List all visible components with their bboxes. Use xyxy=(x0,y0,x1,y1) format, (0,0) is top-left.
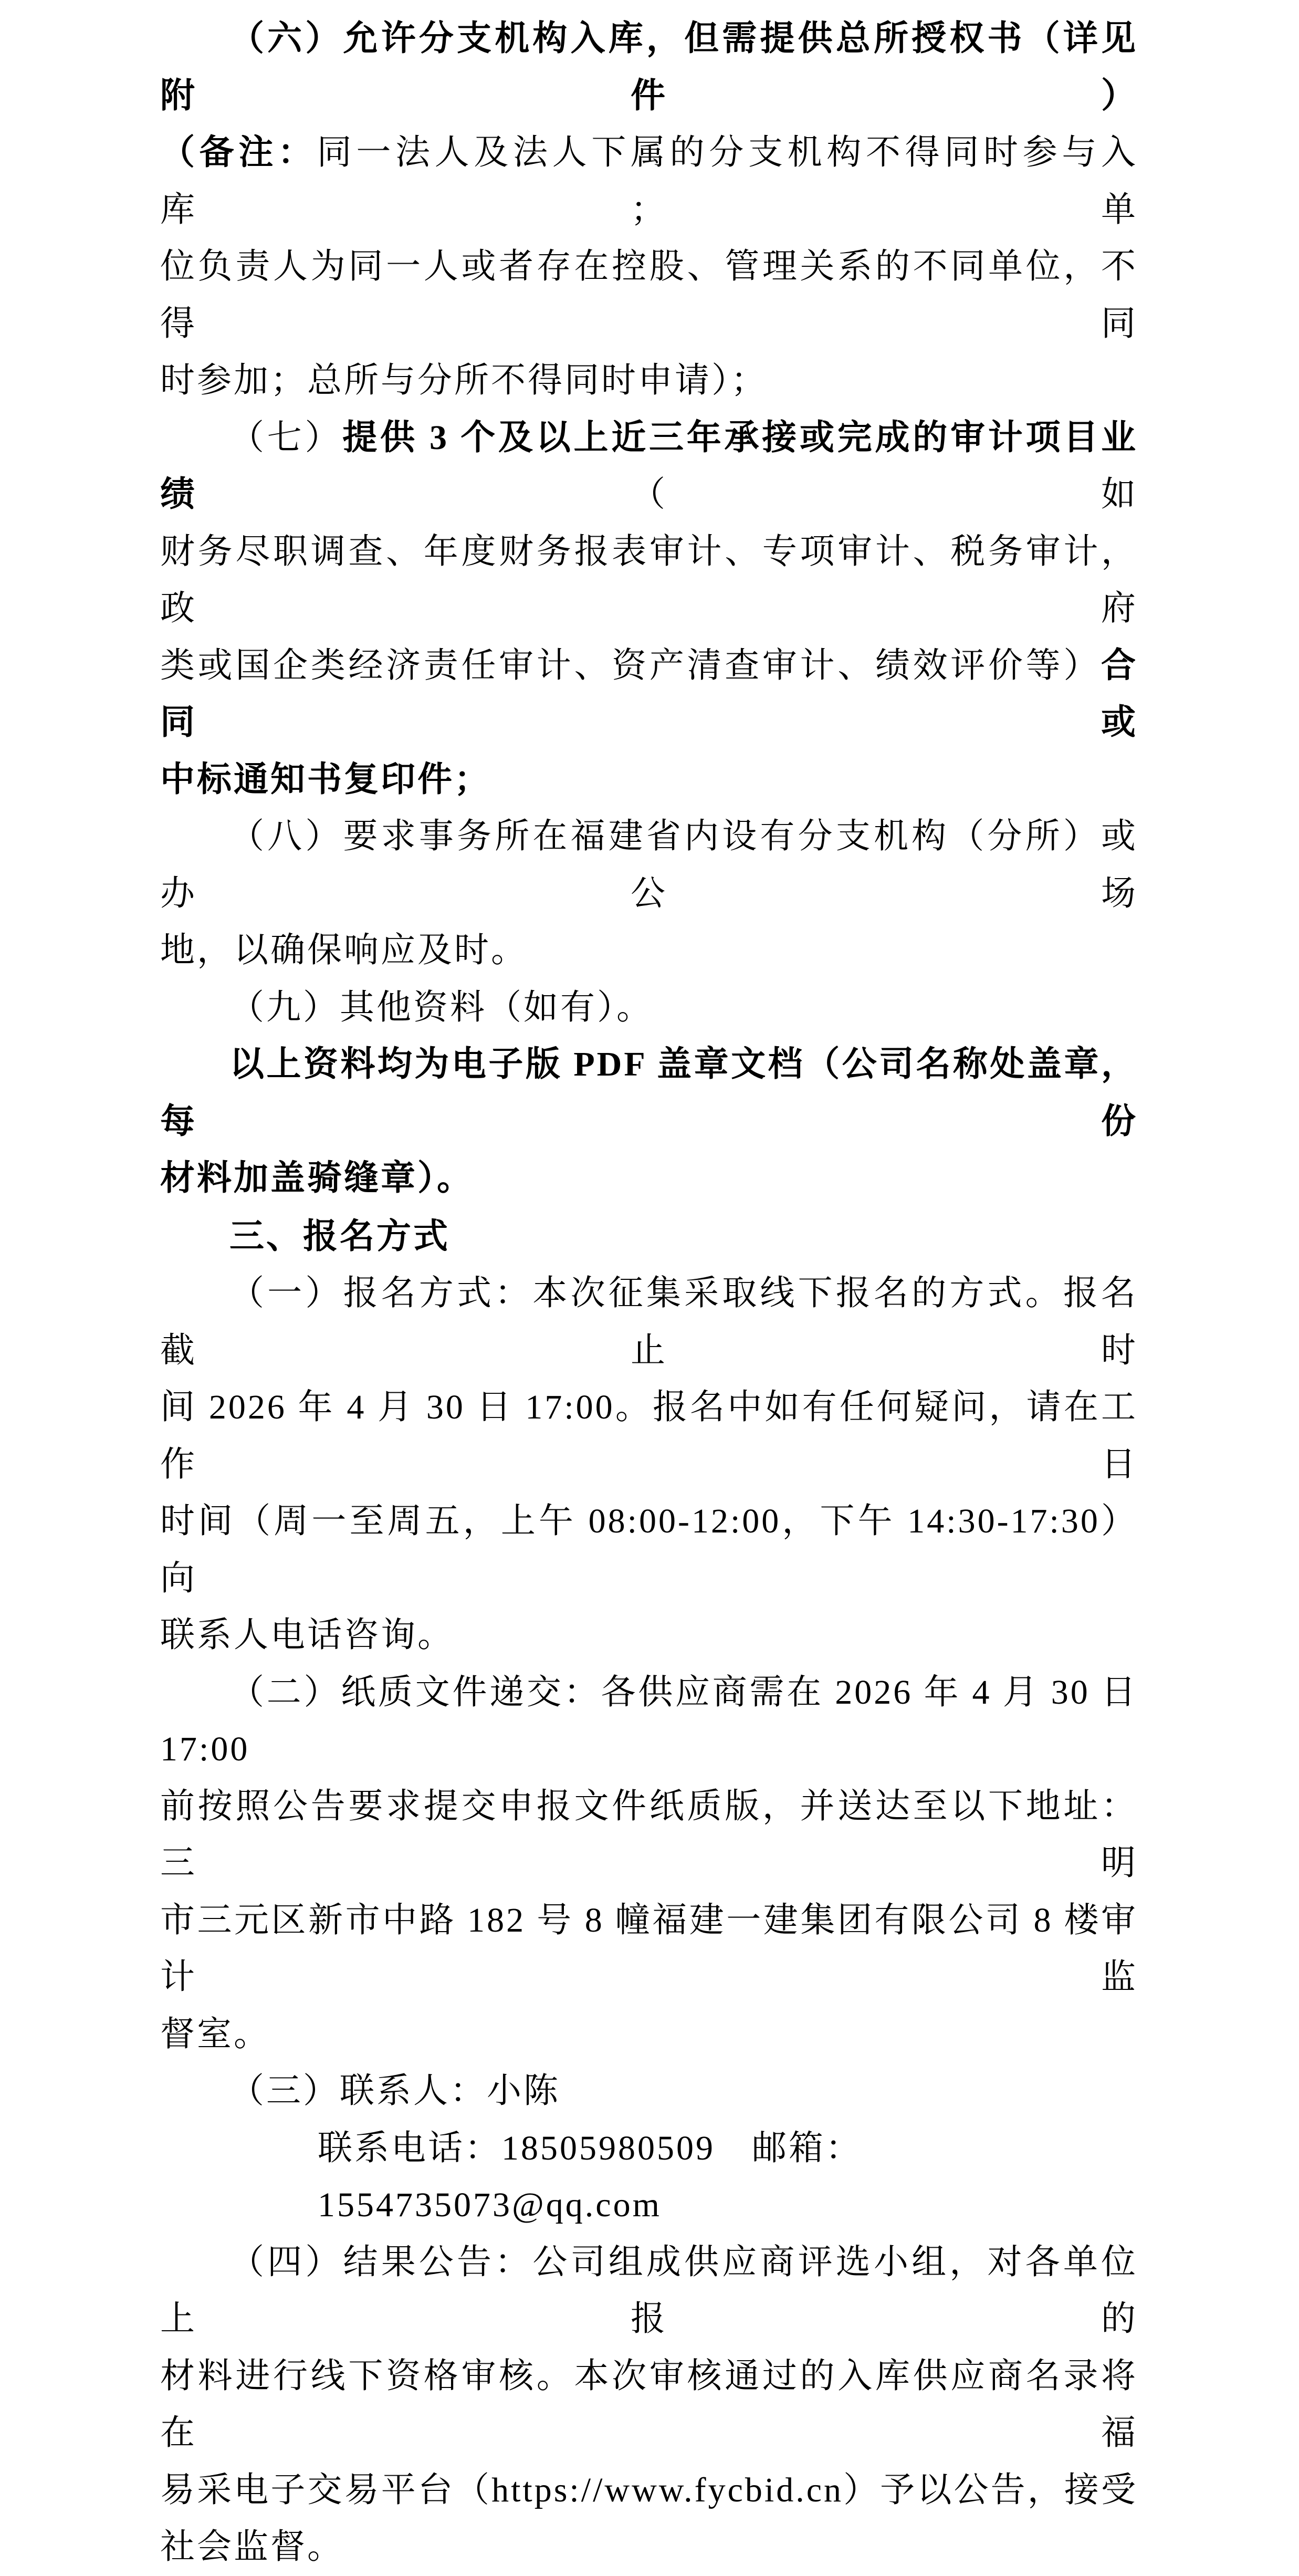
paragraph: （八）要求事务所在福建省内设有分支机构（分所）或办公场地，以确保响应及时。 xyxy=(160,808,1138,979)
text-line: 以上资料均为电子版 PDF 盖章文档（公司名称处盖章，每份 xyxy=(160,1036,1138,1150)
text-line: 社会监督。 xyxy=(160,2519,1138,2576)
text-run: 地，以确保响应及时。 xyxy=(160,931,528,969)
text-run: 联系人电话咨询。 xyxy=(160,1616,454,1654)
text-line: 时参加；总所与分所不得同时申请）； xyxy=(160,352,1138,410)
text-run: 材料加盖骑缝章）。 xyxy=(160,1159,474,1197)
paragraph: （一）报名方式：本次征集采取线下报名的方式。报名截止时间 2026 年 4 月 … xyxy=(160,1265,1138,1664)
text-run: 以上资料均为电子版 PDF 盖章文档（公司名称处盖章，每份 xyxy=(160,1045,1138,1141)
text-run: 类或国企类经济责任审计、资产清查审计、绩效评价等） xyxy=(160,646,1101,685)
text-run: （一）报名方式：本次征集采取线下报名的方式。报名截止时 xyxy=(160,1274,1138,1370)
text-line: （四）结果公告：公司组成供应商评选小组，对各单位上报的 xyxy=(160,2234,1138,2348)
text-run: 时间（周一至周五，上午 08:00-12:00，下午 14:30-17:30）向 xyxy=(160,1502,1138,1598)
text-line: （一）报名方式：本次征集采取线下报名的方式。报名截止时 xyxy=(160,1265,1138,1379)
document-body: （六）允许分支机构入库，但需提供总所授权书（详见附件）（备注：同一法人及法人下属… xyxy=(0,0,1299,2576)
text-run: 前按照公告要求提交申报文件纸质版，并送达至以下地址：三明 xyxy=(160,1787,1138,1883)
text-run: （二）纸质文件递交：各供应商需在 2026 年 4 月 30 日 17:00 xyxy=(160,1673,1149,1769)
text-run: 督室。 xyxy=(160,2015,270,2053)
text-run: （备注： xyxy=(160,133,317,172)
text-run: （如 xyxy=(631,475,1138,514)
text-run: 材料进行线下资格审核。本次审核通过的入库供应商名录将在福 xyxy=(160,2357,1138,2453)
text-line: （备注：同一法人及法人下属的分支机构不得同时参与入库；单 xyxy=(160,124,1138,238)
paragraph: （六）允许分支机构入库，但需提供总所授权书（详见附件）（备注：同一法人及法人下属… xyxy=(160,11,1138,410)
text-line: 督室。 xyxy=(160,2006,1138,2063)
text-line: 材料进行线下资格审核。本次审核通过的入库供应商名录将在福 xyxy=(160,2348,1138,2462)
text-run: （八）要求事务所在福建省内设有分支机构（分所）或办公场 xyxy=(160,817,1138,913)
text-line: 联系人电话咨询。 xyxy=(160,1607,1138,1664)
document-page: （六）允许分支机构入库，但需提供总所授权书（详见附件）（备注：同一法人及法人下属… xyxy=(0,0,1299,2576)
text-run: （六）允许分支机构入库，但需提供总所授权书（详见附件） xyxy=(160,19,1138,115)
paragraph: 联系电话：18505980509 邮箱：1554735073@qq.com xyxy=(160,2120,1138,2234)
paragraph: 三、报名方式 xyxy=(160,1207,1138,1266)
text-line: 易采电子交易平台（https://www.fycbid.cn）予以公告，接受 xyxy=(160,2462,1138,2519)
text-run: 三、报名方式 xyxy=(229,1216,450,1255)
section-heading: 三、报名方式 xyxy=(160,1207,1138,1266)
text-line: （九）其他资料（如有）。 xyxy=(160,979,1138,1037)
paragraph: （九）其他资料（如有）。 xyxy=(160,979,1138,1037)
paragraph: （七）提供 3 个及以上近三年承接或完成的审计项目业绩（如财务尽职调查、年度财务… xyxy=(160,410,1138,809)
text-run: 时参加；总所与分所不得同时申请）； xyxy=(160,361,768,400)
text-run: （九）其他资料（如有）。 xyxy=(229,988,653,1027)
paragraph: （三）联系人：小陈 xyxy=(160,2063,1138,2120)
text-line: 中标通知书复印件； xyxy=(160,752,1138,809)
text-line: （二）纸质文件递交：各供应商需在 2026 年 4 月 30 日 17:00 xyxy=(160,1664,1138,1778)
text-line: 间 2026 年 4 月 30 日 17:00。报名中如有任何疑问，请在工作日 xyxy=(160,1379,1138,1493)
paragraph: （四）结果公告：公司组成供应商评选小组，对各单位上报的材料进行线下资格审核。本次… xyxy=(160,2234,1138,2576)
text-run: 易采电子交易平台（https://www.fycbid.cn）予以公告，接受 xyxy=(160,2471,1138,2509)
text-run: 市三元区新市中路 182 号 8 幢福建一建集团有限公司 8 楼审计监 xyxy=(160,1901,1138,1997)
text-line: 材料加盖骑缝章）。 xyxy=(160,1150,1138,1207)
text-line: 位负责人为同一人或者存在控股、管理关系的不同单位，不得同 xyxy=(160,238,1138,352)
text-line: 前按照公告要求提交申报文件纸质版，并送达至以下地址：三明 xyxy=(160,1778,1138,1892)
text-run: （七） xyxy=(229,419,342,457)
text-line: 财务尽职调查、年度财务报表审计、专项审计、税务审计，政府 xyxy=(160,524,1138,638)
text-line: 联系电话：18505980509 邮箱：1554735073@qq.com xyxy=(160,2120,1138,2234)
paragraph: （二）纸质文件递交：各供应商需在 2026 年 4 月 30 日 17:00前按… xyxy=(160,1664,1138,2063)
text-line: 时间（周一至周五，上午 08:00-12:00，下午 14:30-17:30）向 xyxy=(160,1493,1138,1607)
text-run: 财务尽职调查、年度财务报表审计、专项审计、税务审计，政府 xyxy=(160,533,1138,628)
text-line: 类或国企类经济责任审计、资产清查审计、绩效评价等）合同或 xyxy=(160,638,1138,752)
text-run: 间 2026 年 4 月 30 日 17:00。报名中如有任何疑问，请在工作日 xyxy=(160,1388,1138,1484)
text-line: （七）提供 3 个及以上近三年承接或完成的审计项目业绩（如 xyxy=(160,410,1138,524)
text-run: 社会监督。 xyxy=(160,2528,344,2566)
text-line: （三）联系人：小陈 xyxy=(160,2063,1138,2120)
text-line: （六）允许分支机构入库，但需提供总所授权书（详见附件） xyxy=(160,11,1138,124)
paragraph: 以上资料均为电子版 PDF 盖章文档（公司名称处盖章，每份材料加盖骑缝章）。 xyxy=(160,1036,1138,1207)
text-run: 联系电话：18505980509 邮箱：1554735073@qq.com xyxy=(318,2129,862,2225)
text-run: 位负责人为同一人或者存在控股、管理关系的不同单位，不得同 xyxy=(160,247,1138,343)
text-line: （八）要求事务所在福建省内设有分支机构（分所）或办公场 xyxy=(160,808,1138,922)
text-run: （三）联系人：小陈 xyxy=(229,2072,560,2110)
text-run: 中标通知书复印件； xyxy=(160,760,491,799)
text-run: （四）结果公告：公司组成供应商评选小组，对各单位上报的 xyxy=(160,2243,1138,2339)
text-line: 市三元区新市中路 182 号 8 幢福建一建集团有限公司 8 楼审计监 xyxy=(160,1892,1138,2006)
text-line: 地，以确保响应及时。 xyxy=(160,922,1138,979)
